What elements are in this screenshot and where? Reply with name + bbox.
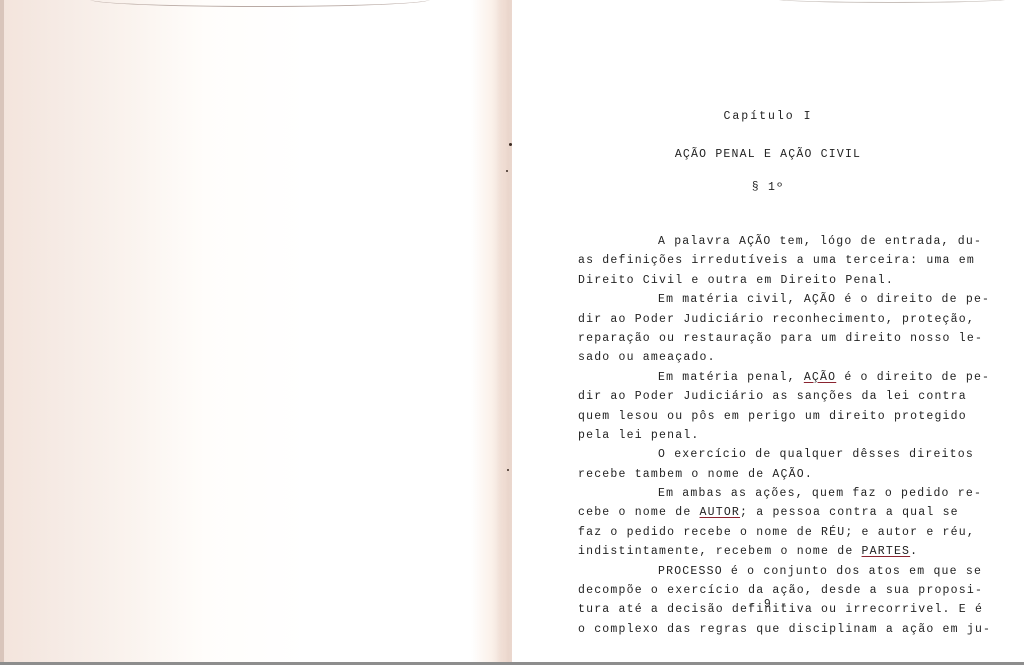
text-run: decompõe o exercício da ação, desde a su… bbox=[578, 584, 983, 597]
section-marker: § 1º bbox=[512, 181, 1024, 194]
text-line: Em ambas as ações, quem faz o pedido re- bbox=[578, 484, 956, 503]
text-run: ; a pessoa contra a qual se bbox=[740, 506, 959, 519]
text-run: as definições irredutíveis a uma terceir… bbox=[578, 254, 975, 267]
text-line: o complexo das regras que disciplinam a … bbox=[578, 620, 956, 639]
text-run: cebe o nome de bbox=[578, 506, 700, 519]
text-line: Em matéria penal, AÇÃO é o direito de pe… bbox=[578, 368, 956, 387]
page-number: - 9 - bbox=[512, 598, 1024, 611]
page-top-curve bbox=[772, 0, 1012, 3]
text-line: Direito Civil e outra em Direito Penal. bbox=[578, 271, 956, 290]
text-run: Direito Civil e outra em Direito Penal. bbox=[578, 274, 894, 287]
underlined-term: AÇÃO bbox=[804, 371, 836, 384]
page-top-curve bbox=[90, 0, 430, 7]
page-edge-shadow bbox=[0, 0, 4, 662]
text-line: cebe o nome de AUTOR; a pessoa contra a … bbox=[578, 503, 956, 522]
text-run: Em ambas as ações, quem faz o pedido re- bbox=[658, 487, 982, 500]
text-run: indistintamente, recebem o nome de bbox=[578, 545, 862, 558]
text-line: A palavra AÇÃO tem, lógo de entrada, du- bbox=[578, 232, 956, 251]
text-line: PROCESSO é o conjunto dos atos em que se bbox=[578, 562, 956, 581]
chapter-heading: AÇÃO PENAL E AÇÃO CIVIL bbox=[512, 148, 1024, 161]
text-run: faz o pedido recebe o nome de RÉU; e aut… bbox=[578, 526, 975, 539]
book-spread: Capítulo I AÇÃO PENAL E AÇÃO CIVIL § 1º … bbox=[0, 0, 1024, 665]
text-line: O exercício de qualquer dêsses direitos bbox=[578, 445, 956, 464]
underlined-term: AUTOR bbox=[700, 506, 741, 519]
text-line: recebe tambem o nome de AÇÃO. bbox=[578, 465, 956, 484]
text-run: dir ao Poder Judiciário as sanções da le… bbox=[578, 390, 967, 403]
text-run: recebe tambem o nome de AÇÃO. bbox=[578, 468, 813, 481]
text-line: faz o pedido recebe o nome de RÉU; e aut… bbox=[578, 523, 956, 542]
text-line: dir ao Poder Judiciário as sanções da le… bbox=[578, 387, 956, 406]
text-run: quem lesou ou pôs em perigo um direito p… bbox=[578, 410, 967, 423]
text-run: o complexo das regras que disciplinam a … bbox=[578, 623, 991, 636]
ink-speck bbox=[506, 170, 508, 172]
text-run: O exercício de qualquer dêsses direitos bbox=[658, 448, 974, 461]
text-run: é o direito de pe- bbox=[836, 371, 990, 384]
text-line: dir ao Poder Judiciário reconhecimento, … bbox=[578, 310, 956, 329]
text-line: indistintamente, recebem o nome de PARTE… bbox=[578, 542, 956, 561]
text-line: sado ou ameaçado. bbox=[578, 348, 956, 367]
underlined-term: PARTES bbox=[862, 545, 911, 558]
text-run: PROCESSO é o conjunto dos atos em que se bbox=[658, 565, 982, 578]
text-run: pela lei penal. bbox=[578, 429, 700, 442]
text-line: Em matéria civil, AÇÃO é o direito de pe… bbox=[578, 290, 956, 309]
right-page: Capítulo I AÇÃO PENAL E AÇÃO CIVIL § 1º … bbox=[512, 0, 1024, 662]
text-run: reparação ou restauração para um direito… bbox=[578, 332, 983, 345]
ink-speck bbox=[507, 469, 509, 471]
text-line: quem lesou ou pôs em perigo um direito p… bbox=[578, 407, 956, 426]
text-run: A palavra AÇÃO tem, lógo de entrada, du- bbox=[658, 235, 982, 248]
chapter-title: Capítulo I bbox=[512, 110, 1024, 123]
left-page-blank bbox=[0, 0, 512, 662]
text-line: pela lei penal. bbox=[578, 426, 956, 445]
text-run: sado ou ameaçado. bbox=[578, 351, 716, 364]
text-line: as definições irredutíveis a uma terceir… bbox=[578, 251, 956, 270]
text-line: reparação ou restauração para um direito… bbox=[578, 329, 956, 348]
text-run: dir ao Poder Judiciário reconhecimento, … bbox=[578, 313, 975, 326]
body-text: A palavra AÇÃO tem, lógo de entrada, du-… bbox=[578, 232, 956, 639]
text-run: . bbox=[910, 545, 918, 558]
text-run: Em matéria penal, bbox=[658, 371, 804, 384]
text-run: Em matéria civil, AÇÃO é o direito de pe… bbox=[658, 293, 990, 306]
